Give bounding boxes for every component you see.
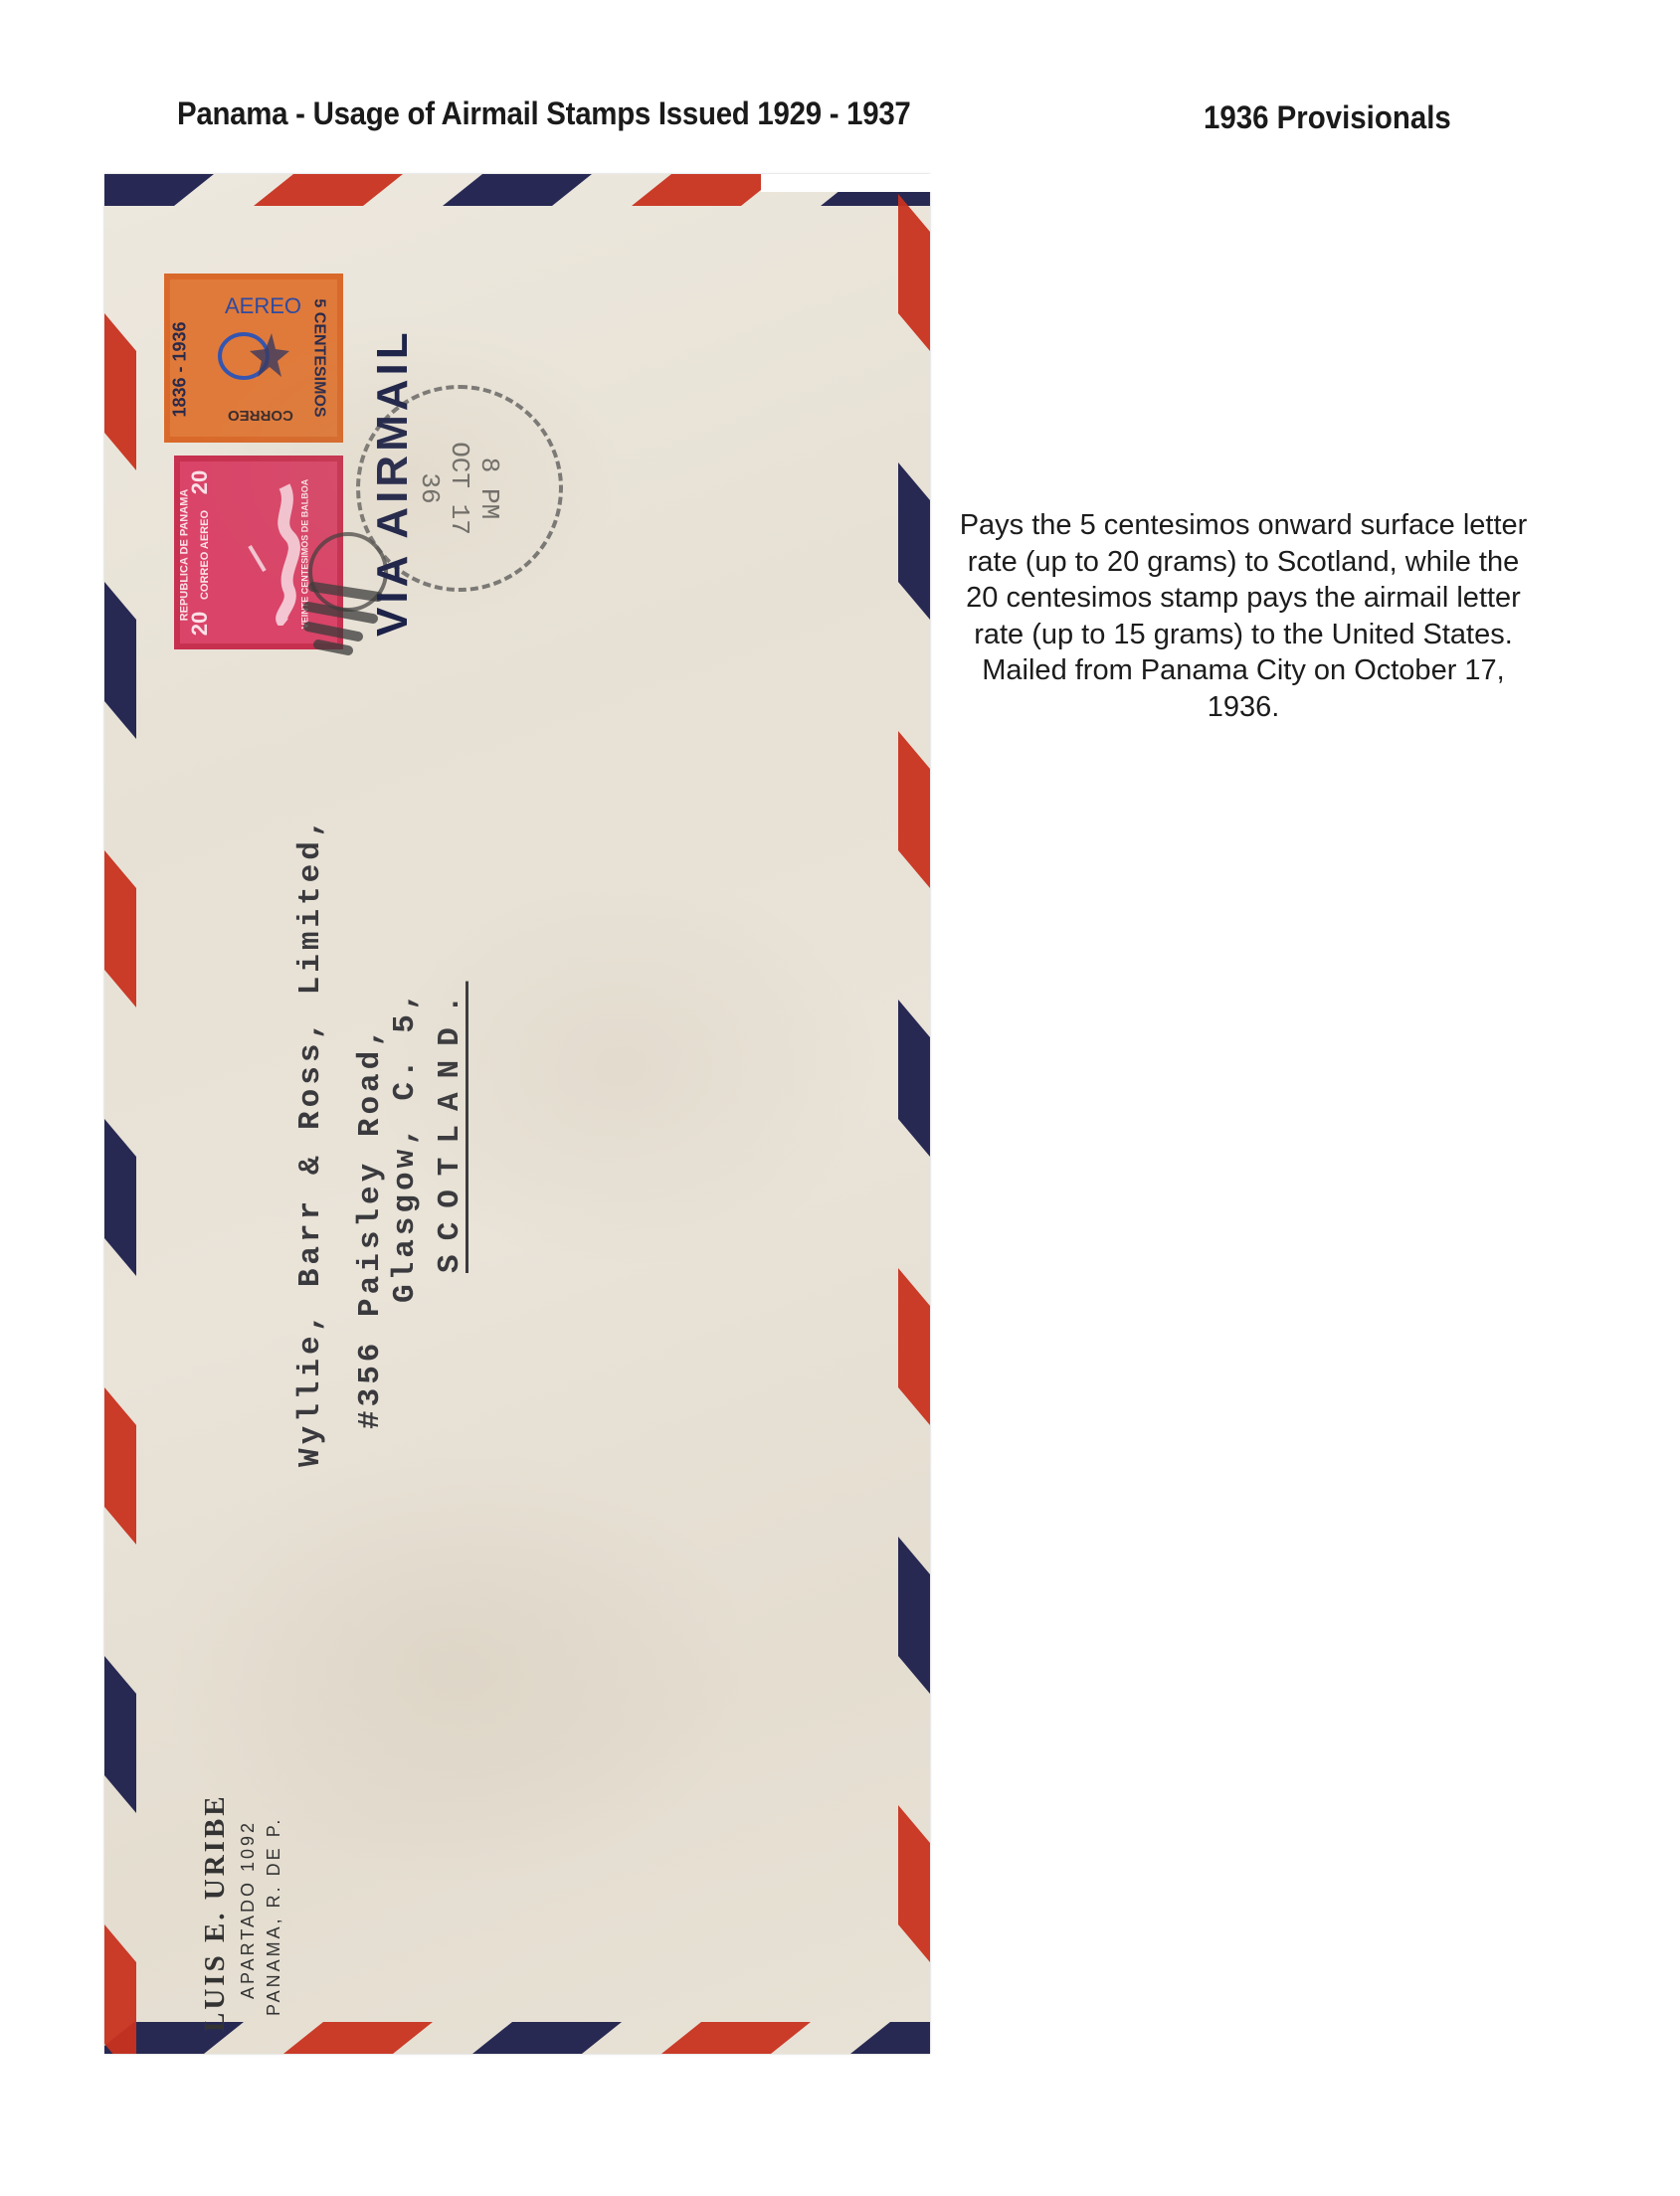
stamp-correo-aereo-text: CORREO AEREO (199, 510, 211, 600)
stamp-bottom-text: CORREO (228, 407, 293, 424)
postmark-time: 8 PM (474, 442, 504, 535)
orange-provisional-stamp: AEREO 1836 - 1936 5 CENTESIMOS CORREO (164, 274, 343, 443)
sender-address-line-1: APARTADO 1092 (238, 1820, 259, 1999)
airmail-envelope: AEREO 1836 - 1936 5 CENTESIMOS CORREO 20… (104, 174, 930, 2054)
stamp-value-top: 20 (187, 470, 213, 494)
envelope-torn-edge (761, 174, 940, 192)
stamp-country-text: REPUBLICA DE PANAMA (178, 489, 190, 622)
section-title: 1936 Provisionals (1204, 99, 1451, 136)
address-line-1: Wyllie, Barr & Ross, Limited, (293, 816, 328, 1468)
postmark-year: 36 (415, 442, 445, 535)
via-airmail-label: VIA AIRMAIL (368, 328, 418, 637)
address-line-country: SCOTLAND. (433, 982, 467, 1273)
stamp-overprint-aereo: AEREO (225, 293, 301, 319)
description-text: Pays the 5 centesimos onward surface let… (950, 507, 1537, 725)
address-line-3: Glasgow, C. 5, (388, 989, 423, 1303)
sender-address-line-2: PANAMA, R. DE P. (264, 1817, 284, 2016)
postmark-month-day: OCT 17 (445, 442, 474, 535)
postmark-date: 8 PM OCT 17 36 (415, 442, 504, 535)
sender-name: LUIS E. URIBE (199, 1793, 232, 2032)
stamp-value-bottom: 20 (187, 612, 213, 636)
stamp-overprint-years: 1836 - 1936 (170, 321, 191, 417)
page-title: Panama - Usage of Airmail Stamps Issued … (177, 95, 911, 132)
stamp-overprint-value: 5 CENTESIMOS (310, 298, 328, 417)
address-line-2: #356 Paisley Road, (353, 1024, 388, 1429)
stamp-emblem-icon (214, 321, 293, 391)
